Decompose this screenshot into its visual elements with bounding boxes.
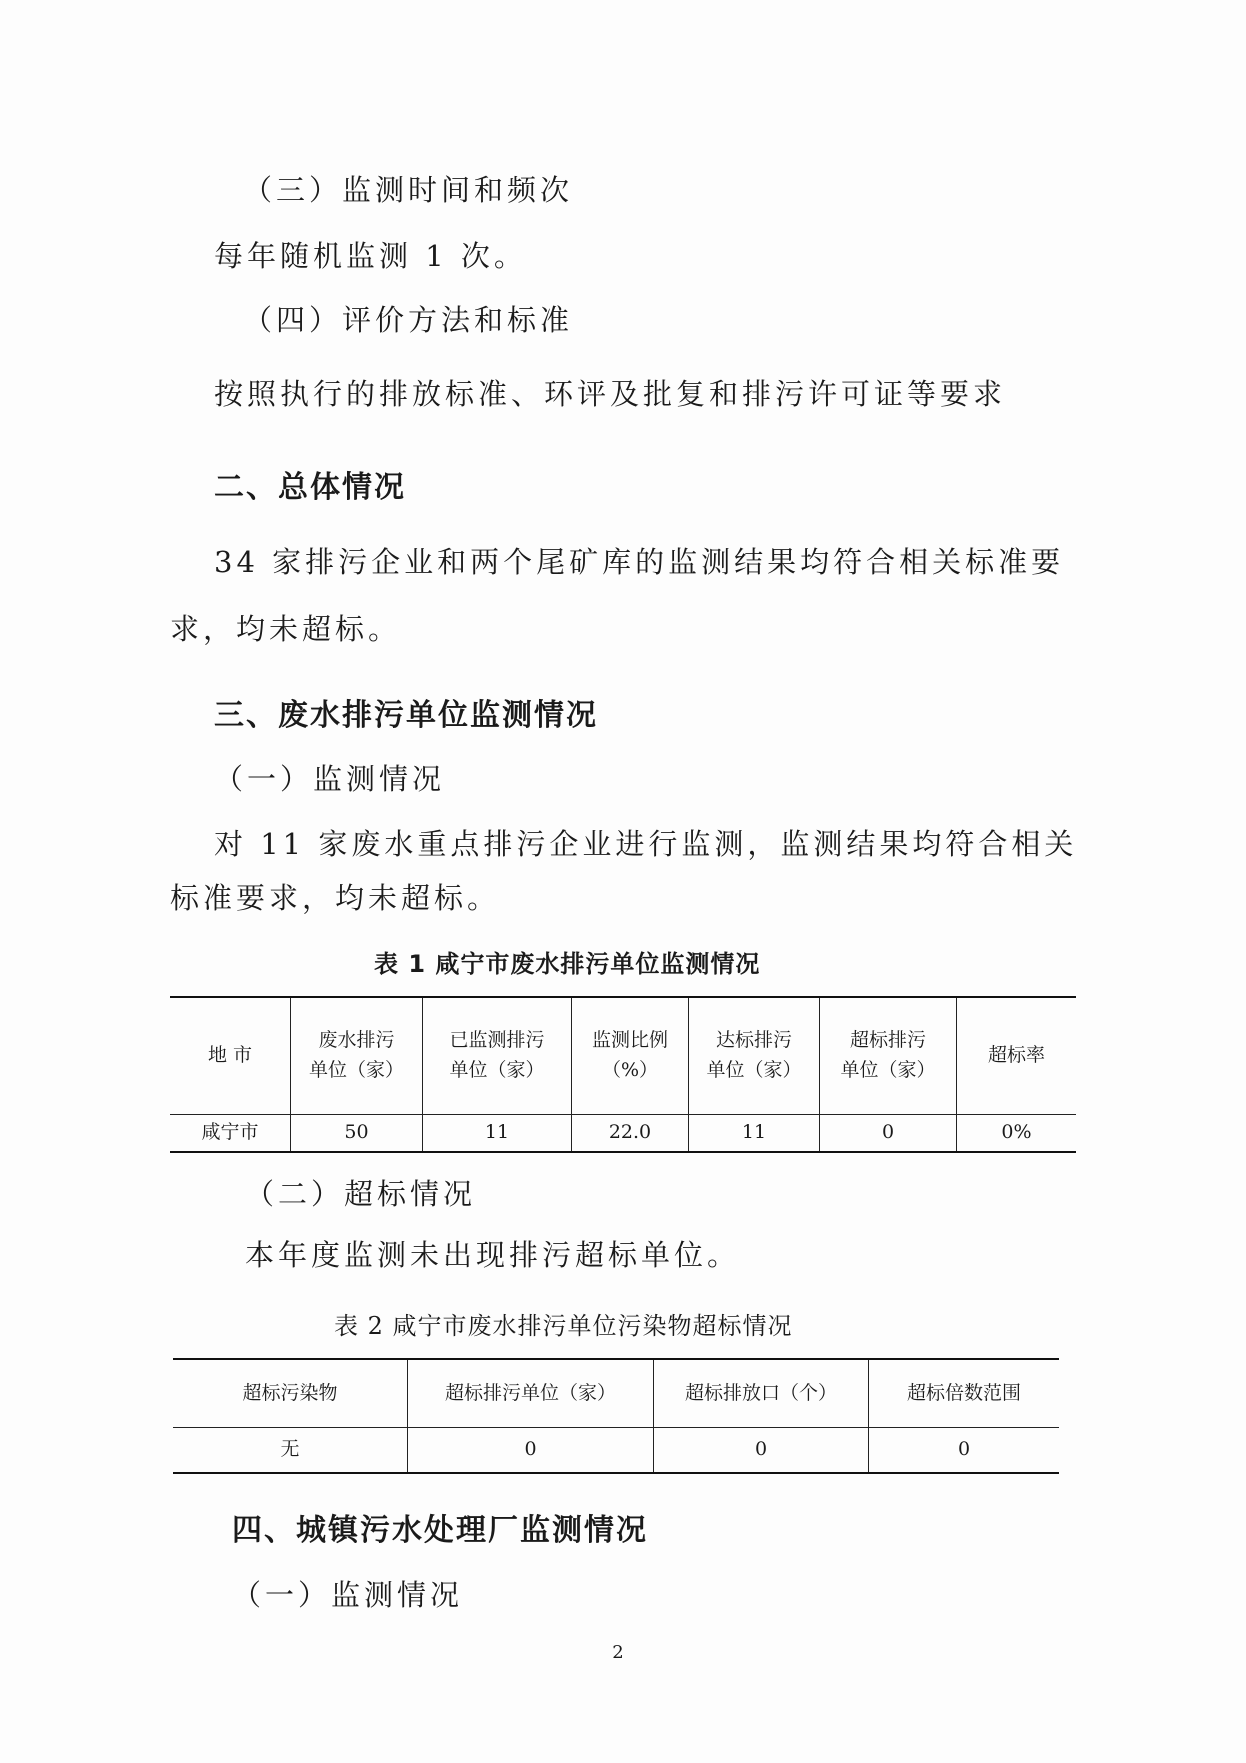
table1-cell-monitored-units: 11 [423, 1114, 572, 1152]
page-number: 2 [468, 1642, 768, 1663]
table1-cell-monitoring-ratio: 22.0 [572, 1114, 689, 1152]
paragraph-no-exceedance: 本年度监测未出现排污超标单位。 [245, 1233, 740, 1274]
table2-cell-outlets: 0 [654, 1427, 869, 1473]
paragraph-monitoring-frequency: 每年随机监测 1 次。 [214, 234, 527, 275]
paragraph-overall-line1: 34 家排污企业和两个尾矿库的监测结果均符合相关标准要 [214, 540, 1064, 581]
table2-header-pollutant: 超标污染物 [173, 1359, 408, 1427]
table2-header-multiple-range: 超标倍数范围 [869, 1359, 1060, 1427]
table2-caption: 表 2 咸宁市废水排污单位污染物超标情况 [334, 1306, 793, 1341]
table1-cell-compliant-units: 11 [689, 1114, 820, 1152]
table-row: 咸宁市 50 11 22.0 11 0 0% [170, 1114, 1076, 1152]
table-row: 无 0 0 0 [173, 1427, 1059, 1473]
table1-wastewater-monitoring: 地 市 废水排污单位（家） 已监测排污单位（家） 监测比例（%） 达标排污单位（… [170, 996, 1076, 1153]
table2-pollutant-exceedance: 超标污染物 超标排污单位（家） 超标排放口（个） 超标倍数范围 无 0 0 0 [173, 1358, 1059, 1474]
table1-header-monitored-units: 已监测排污单位（家） [423, 997, 572, 1114]
table2-cell-multiple-range: 0 [869, 1427, 1060, 1473]
subheading-exceedance: （二）超标情况 [245, 1172, 476, 1213]
table2-cell-pollutant: 无 [173, 1427, 408, 1473]
table1-header-total-units: 废水排污单位（家） [291, 997, 423, 1114]
paragraph-wastewater-line2: 标准要求，均未超标。 [170, 876, 500, 917]
table1-header-compliant-units: 达标排污单位（家） [689, 997, 820, 1114]
table1-cell-total-units: 50 [291, 1114, 423, 1152]
section-heading-overall: 二、总体情况 [214, 462, 406, 506]
table1-cell-exceed-rate: 0% [957, 1114, 1077, 1152]
table1-cell-city: 咸宁市 [170, 1114, 291, 1152]
table1-header-exceed-rate: 超标率 [957, 997, 1077, 1114]
table2-cell-exceeding-units: 0 [408, 1427, 654, 1473]
table1-header-exceeding-units: 超标排污单位（家） [820, 997, 957, 1114]
table1-caption: 表 1 咸宁市废水排污单位监测情况 [374, 944, 760, 979]
table2-header-exceeding-units: 超标排污单位（家） [408, 1359, 654, 1427]
table1-header-monitoring-ratio: 监测比例（%） [572, 997, 689, 1114]
paragraph-evaluation-standard: 按照执行的排放标准、环评及批复和排污许可证等要求 [214, 372, 1006, 413]
table1-header-city: 地 市 [170, 997, 291, 1114]
subheading-evaluation-method: （四）评价方法和标准 [243, 298, 573, 339]
subheading-sewage-monitoring: （一）监测情况 [232, 1573, 463, 1614]
table2-header-outlets: 超标排放口（个） [654, 1359, 869, 1427]
subheading-monitoring-status: （一）监测情况 [214, 757, 445, 798]
paragraph-overall-line2: 求，均未超标。 [170, 607, 401, 648]
paragraph-wastewater-line1: 对 11 家废水重点排污企业进行监测，监测结果均符合相关 [214, 822, 1077, 863]
section-heading-wastewater: 三、废水排污单位监测情况 [214, 690, 598, 734]
table1-cell-exceeding-units: 0 [820, 1114, 957, 1152]
section-heading-sewage-plants: 四、城镇污水处理厂监测情况 [232, 1505, 648, 1549]
subheading-monitoring-time: （三）监测时间和频次 [243, 168, 573, 209]
